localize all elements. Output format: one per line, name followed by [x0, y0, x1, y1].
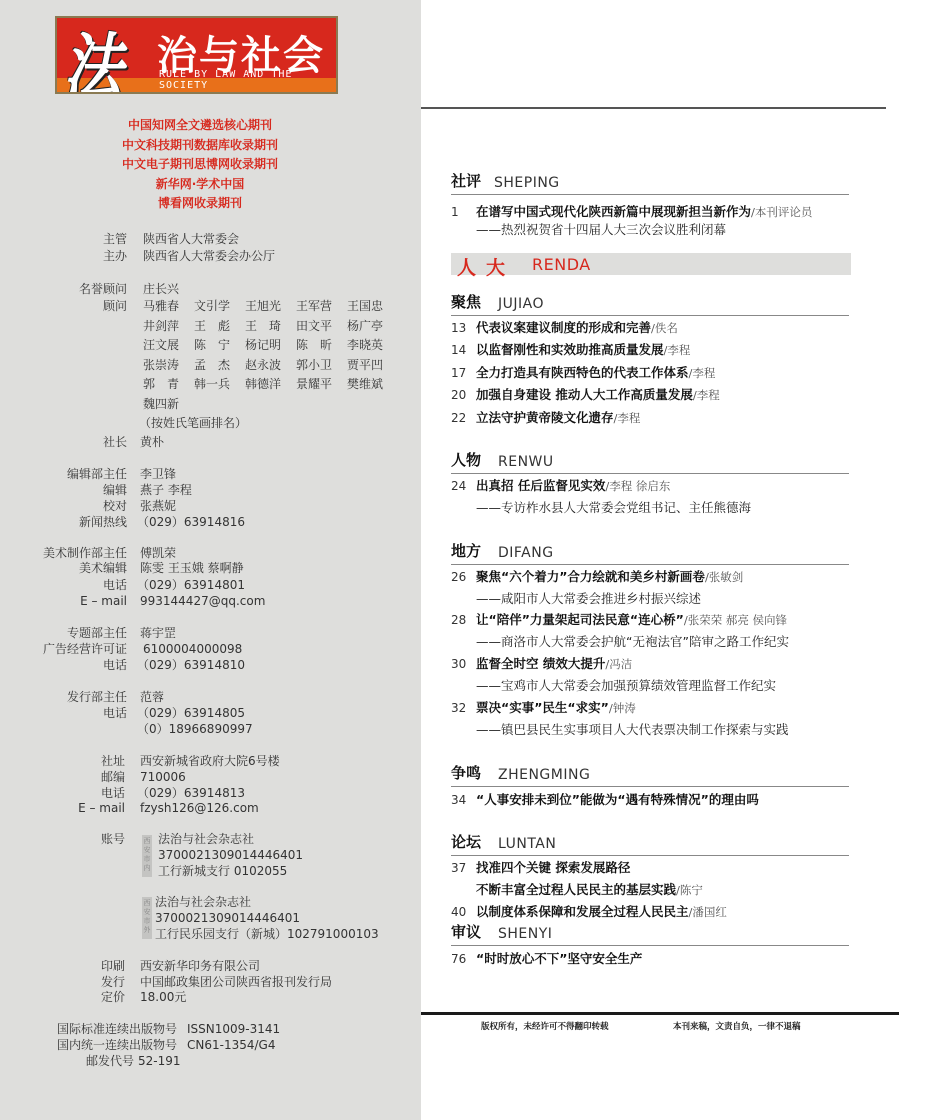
- article-title: “人事安排未到位”能做为“遇有特殊情况”的理由吗: [476, 792, 759, 807]
- advisor-name: 孟 杰: [194, 356, 245, 376]
- account-bank: 工行民乐园支行（新城）102791000103: [155, 926, 379, 943]
- address-value: 710006: [140, 769, 186, 786]
- page-number: 32: [451, 699, 476, 717]
- editorial-label: 校对: [103, 498, 127, 515]
- section-title-en: LUNTAN: [498, 836, 556, 852]
- toc-entry[interactable]: 40以制度体系保障和发展全过程人民民主/潘国红: [451, 903, 727, 921]
- section-title-en: DIFANG: [498, 545, 554, 561]
- advisor-name: 樊维斌: [347, 375, 398, 395]
- indexed-item: 中国知网全文遴选核心期刊: [90, 116, 310, 136]
- advisors-note: （按姓氏笔画排名）: [139, 414, 247, 434]
- toc-entry[interactable]: 32票决“实事”民生“求实”/钟涛: [451, 699, 636, 717]
- advisors-row: 汪文展 陈 宁 杨记明 陈 昕 李晓英: [143, 336, 398, 356]
- bottom-divider: [421, 1012, 899, 1015]
- advisor-name: 魏四新: [143, 395, 194, 415]
- advisor-name: 陈 宁: [194, 336, 245, 356]
- page-number: 26: [451, 568, 476, 586]
- submission-notice: 本刊来稿，文责自负，一律不退稿: [673, 1020, 801, 1032]
- article-author: /佚名: [651, 321, 678, 335]
- sponsor-label: 主管: [103, 231, 127, 248]
- toc-entry[interactable]: 13代表议案建议制度的形成和完善/佚名: [451, 319, 678, 337]
- page-number: 17: [451, 364, 476, 382]
- art-email[interactable]: 993144427@qq.com: [140, 593, 265, 610]
- issn-value: ISSN1009-3141: [187, 1021, 280, 1038]
- advisor-name: 郭小卫: [296, 356, 347, 376]
- section-title-cn: 论坛: [451, 831, 481, 852]
- section-header-shenyi: 审议 SHENYI: [451, 924, 849, 946]
- section-title-cn: 争鸣: [451, 762, 481, 783]
- price-value: 18.00元: [140, 989, 186, 1006]
- section-header-zhengming: 争鸣 ZHENGMING: [451, 765, 849, 787]
- page-number: 37: [451, 859, 476, 877]
- article-subtitle: ——咸阳市人大常委会推进乡村振兴综述: [476, 590, 701, 608]
- advisor-name: 王 彪: [194, 317, 245, 337]
- art-label: 电话: [103, 577, 127, 594]
- indexed-item: 中文电子期刊思博网收录期刊: [90, 155, 310, 175]
- section-header-luntan: 论坛 LUNTAN: [451, 834, 849, 856]
- page-number: 14: [451, 341, 476, 359]
- art-value: （029）63914801: [137, 577, 245, 594]
- advisor-name: 王军营: [296, 297, 347, 317]
- indexed-item: 中文科技期刊数据库收录期刊: [90, 136, 310, 156]
- advisor-name: 景耀平: [296, 375, 347, 395]
- article-title: 找准四个关键 探索发展路径: [476, 860, 630, 875]
- president-label: 社长: [103, 434, 127, 451]
- advisor-name: 韩德洋: [245, 375, 296, 395]
- logo-english: RULE BY LAW AND THE SOCIETY: [159, 69, 336, 91]
- section-title-cn: 人物: [451, 449, 481, 470]
- section-title-cn: 地方: [451, 540, 481, 561]
- distribution-value: 范蓉: [140, 689, 164, 706]
- address-label: E – mail: [78, 800, 125, 817]
- distribution-value: （0）18966890997: [137, 721, 253, 738]
- article-subtitle: ——专访柞水县人大常委会党组书记、主任熊德海: [476, 499, 751, 517]
- account-number: 3700021309014446401: [155, 910, 300, 927]
- page-number: 76: [451, 950, 476, 968]
- advisor-name: 韩一兵: [194, 375, 245, 395]
- indexed-item: 新华网·学术中国: [90, 175, 310, 195]
- section-title-en: JUJIAO: [498, 296, 544, 312]
- special-value: （029）63914810: [137, 657, 245, 674]
- section-title-cn: 审议: [451, 921, 481, 942]
- article-author: /张荣荣 郝亮 侯向锋: [684, 613, 787, 627]
- toc-entry[interactable]: 26聚焦“六个着力”合力绘就和美乡村新画卷/张敏剑: [451, 568, 743, 586]
- page-number: 13: [451, 319, 476, 337]
- editorial-value: 燕子 李程: [140, 482, 192, 499]
- art-label: E – mail: [80, 593, 127, 610]
- article-author: /李程: [693, 388, 720, 402]
- advisor-name: 杨记明: [245, 336, 296, 356]
- special-label: 专题部主任: [67, 625, 127, 642]
- section-title-en: SHENYI: [498, 926, 552, 942]
- toc-entry[interactable]: 1在谱写中国式现代化陕西新篇中展现新担当新作为/本刊评论员: [451, 203, 812, 221]
- article-title: “时时放心不下”坚守安全生产: [476, 951, 642, 966]
- article-title: 全力打造具有陕西特色的代表工作体系: [476, 365, 689, 380]
- article-author: /李程: [664, 343, 691, 357]
- advisor-name: 王国忠: [347, 297, 398, 317]
- article-title: 以监督刚性和实效助推高质量发展: [476, 342, 664, 357]
- page-number: 1: [451, 203, 476, 221]
- article-title: 立法守护黄帝陵文化遗存: [476, 410, 614, 425]
- toc-entry[interactable]: 28让“陪伴”力量架起司法民意“连心桥”/张荣荣 郝亮 侯向锋: [451, 611, 787, 629]
- advisors-row: 郭 青 韩一兵 韩德洋 景耀平 樊维斌: [143, 375, 398, 395]
- advisor-name: 张崇涛: [143, 356, 194, 376]
- article-author: /本刊评论员: [751, 205, 812, 219]
- printing-value: 西安新华印务有限公司: [140, 958, 260, 975]
- article-title: 以制度体系保障和发展全过程人民民主: [476, 904, 689, 919]
- advisor-name: 杨广亭: [347, 317, 398, 337]
- editorial-value: 张燕妮: [140, 498, 176, 515]
- article-title: 监督全时空 绩效大提升: [476, 656, 605, 671]
- printing-label: 定价: [101, 989, 125, 1006]
- advisor-name: 贾平凹: [347, 356, 398, 376]
- account-name: 法治与社会杂志社: [155, 894, 251, 911]
- president-value: 黄朴: [140, 434, 164, 451]
- account-bank: 工行新城支行 0102055: [158, 863, 287, 880]
- section-header-renwu: 人物 RENWU: [451, 452, 849, 474]
- magazine-logo: 法 治与社会 RULE BY LAW AND THE SOCIETY: [55, 16, 338, 94]
- toc-entry[interactable]: 20加强自身建设 推动人大工作高质量发展/李程: [451, 386, 720, 404]
- advisor-name: 赵永波: [245, 356, 296, 376]
- organizer-value: 陕西省人大常委会办公厅: [143, 248, 275, 265]
- editorial-label: 编辑: [103, 482, 127, 499]
- serial-label: 国内统一连续出版物号: [57, 1037, 177, 1054]
- toc-entry[interactable]: 37找准四个关键 探索发展路径: [451, 859, 630, 877]
- toc-entry-continuation[interactable]: 不断丰富全过程人民民主的基层实践/陈宁: [476, 881, 703, 899]
- category-title-en: RENDA: [532, 255, 591, 274]
- indexing-list: 中国知网全文遴选核心期刊 中文科技期刊数据库收录期刊 中文电子期刊思博网收录期刊…: [90, 116, 310, 214]
- section-title-cn: 聚焦: [451, 291, 481, 312]
- advisors-grid: 马雅春 文引学 王旭光 王军营 王国忠 井剑萍 王 彪 王 琦 田文平 杨广亭 …: [143, 297, 398, 434]
- article-author: /冯洁: [605, 657, 632, 671]
- article-title-continued: 不断丰富全过程人民民主的基层实践: [476, 882, 676, 897]
- advisor-name: 汪文展: [143, 336, 194, 356]
- page-number: 34: [451, 791, 476, 809]
- toc-entry[interactable]: 14以监督刚性和实效助推高质量发展/李程: [451, 341, 690, 359]
- advisor-name: 马雅春: [143, 297, 194, 317]
- address-label: 邮编: [101, 769, 125, 786]
- page-number: 30: [451, 655, 476, 673]
- article-author: /陈宁: [676, 883, 703, 897]
- special-value: 6100004000098: [143, 641, 242, 658]
- toc-entry[interactable]: 22立法守护黄帝陵文化遗存/李程: [451, 409, 640, 427]
- art-label: 美术编辑: [79, 560, 127, 577]
- section-title-en: RENWU: [498, 454, 554, 470]
- toc-entry[interactable]: 76“时时放心不下”坚守安全生产: [451, 950, 642, 968]
- article-title: 票决“实事”民生“求实”: [476, 700, 609, 715]
- page-number: 20: [451, 386, 476, 404]
- account-number: 3700021309014446401: [158, 847, 303, 864]
- article-title: 加强自身建设 推动人大工作高质量发展: [476, 387, 693, 402]
- article-subtitle: ——热烈祝贺省十四届人大三次会议胜利闭幕: [476, 221, 726, 239]
- account-region-tag: 西安市外: [142, 897, 152, 939]
- indexed-item: 博看网收录期刊: [90, 194, 310, 214]
- article-title: 聚焦“六个着力”合力绘就和美乡村新画卷: [476, 569, 705, 584]
- section-header-difang: 地方 DIFANG: [451, 543, 849, 565]
- advisor-name: 井剑萍: [143, 317, 194, 337]
- special-label: 电话: [103, 657, 127, 674]
- page-number: 24: [451, 477, 476, 495]
- distribution-value: （029）63914805: [137, 705, 245, 722]
- address-email[interactable]: fzysh126@126.com: [140, 800, 259, 817]
- printing-label: 印刷: [101, 958, 125, 975]
- editorial-label: 新闻热线: [79, 514, 127, 531]
- article-subtitle: ——镇巴县民生实事项目人大代表票决制工作探索与实践: [476, 721, 789, 739]
- advisor-name: 田文平: [296, 317, 347, 337]
- category-banner-renda: 人大 RENDA: [451, 253, 851, 275]
- top-divider: [421, 107, 886, 109]
- advisor-name: 郭 青: [143, 375, 194, 395]
- serial-label: 邮发代号: [86, 1053, 134, 1070]
- article-author: /钟涛: [609, 701, 636, 715]
- account-name: 法治与社会杂志社: [158, 831, 254, 848]
- article-author: /李程 徐启东: [605, 479, 670, 493]
- section-title-en: SHEPING: [494, 175, 560, 191]
- article-author: /李程: [689, 366, 716, 380]
- article-author: /李程: [614, 411, 641, 425]
- honorary-advisor-label: 名誉顾问: [79, 281, 127, 298]
- article-title: 在谱写中国式现代化陕西新篇中展现新担当新作为: [476, 204, 751, 219]
- advisor-name: 王旭光: [245, 297, 296, 317]
- advisor-name: 王 琦: [245, 317, 296, 337]
- page-number: 40: [451, 903, 476, 921]
- art-value: 陈雯 王玉娥 蔡啊静: [140, 560, 244, 577]
- section-title-en: ZHENGMING: [498, 767, 590, 783]
- address-value: 西安新城省政府大院6号楼: [140, 753, 280, 770]
- section-title-cn: 社评: [451, 170, 481, 191]
- editorial-value: （029）63914816: [137, 514, 245, 531]
- logo-calligraphy-char: 法: [63, 16, 122, 94]
- copyright-notice: 版权所有，未经许可不得翻印转载: [481, 1020, 609, 1032]
- page-number: 28: [451, 611, 476, 629]
- article-author: /潘国红: [689, 905, 727, 919]
- honorary-advisor-value: 庄长兴: [143, 281, 179, 298]
- distribution-label: 发行部主任: [67, 689, 127, 706]
- article-subtitle: ——宝鸡市人大常委会加强预算绩效管理监督工作纪实: [476, 677, 776, 695]
- special-value: 蒋宇罡: [140, 625, 176, 642]
- article-title: 代表议案建议制度的形成和完善: [476, 320, 651, 335]
- advisors-label: 顾问: [103, 298, 127, 315]
- distribution-label: 电话: [103, 705, 127, 722]
- toc-entry[interactable]: 34“人事安排未到位”能做为“遇有特殊情况”的理由吗: [451, 791, 759, 809]
- editorial-label: 编辑部主任: [67, 466, 127, 483]
- page-number: 22: [451, 409, 476, 427]
- article-subtitle: ——商洛市人大常委会护航“无袍法官”陪审之路工作纪实: [476, 633, 789, 651]
- masthead-panel: 法 治与社会 RULE BY LAW AND THE SOCIETY 中国知网全…: [0, 0, 421, 1120]
- advisors-row: 马雅春 文引学 王旭光 王军营 王国忠: [143, 297, 398, 317]
- address-label: 社址: [101, 753, 125, 770]
- advisors-row: 魏四新: [143, 395, 398, 415]
- advisors-row: 张崇涛 孟 杰 赵永波 郭小卫 贾平凹: [143, 356, 398, 376]
- toc-entry[interactable]: 24出真招 任后监督见实效/李程 徐启东: [451, 477, 670, 495]
- special-label: 广告经营许可证: [43, 641, 127, 658]
- toc-entry[interactable]: 17全力打造具有陕西特色的代表工作体系/李程: [451, 364, 715, 382]
- toc-entry[interactable]: 30监督全时空 绩效大提升/冯洁: [451, 655, 632, 673]
- article-title: 出真招 任后监督见实效: [476, 478, 605, 493]
- section-header-jujiao: 聚焦 JUJIAO: [451, 294, 849, 316]
- advisor-name: 陈 昕: [296, 336, 347, 356]
- cn-value: CN61-1354/G4: [187, 1037, 275, 1054]
- sponsor-value: 陕西省人大常委会: [143, 231, 239, 248]
- article-author: /张敏剑: [705, 570, 743, 584]
- advisors-note-row: （按姓氏笔画排名）: [143, 414, 398, 434]
- organizer-label: 主办: [103, 248, 127, 265]
- serial-label: 国际标准连续出版物号: [57, 1021, 177, 1038]
- advisor-name: 李晓英: [347, 336, 398, 356]
- category-title-cn: 人大: [457, 253, 515, 280]
- section-header-sheping: 社评 SHEPING: [451, 173, 849, 195]
- postal-code-value: 52-191: [138, 1053, 181, 1070]
- advisor-name: 文引学: [194, 297, 245, 317]
- advisors-row: 井剑萍 王 彪 王 琦 田文平 杨广亭: [143, 317, 398, 337]
- account-region-tag: 西安市内: [142, 835, 152, 877]
- accounts-label: 账号: [101, 831, 125, 848]
- editorial-value: 李卫锋: [140, 466, 176, 483]
- article-title: 让“陪伴”力量架起司法民意“连心桥”: [476, 612, 684, 627]
